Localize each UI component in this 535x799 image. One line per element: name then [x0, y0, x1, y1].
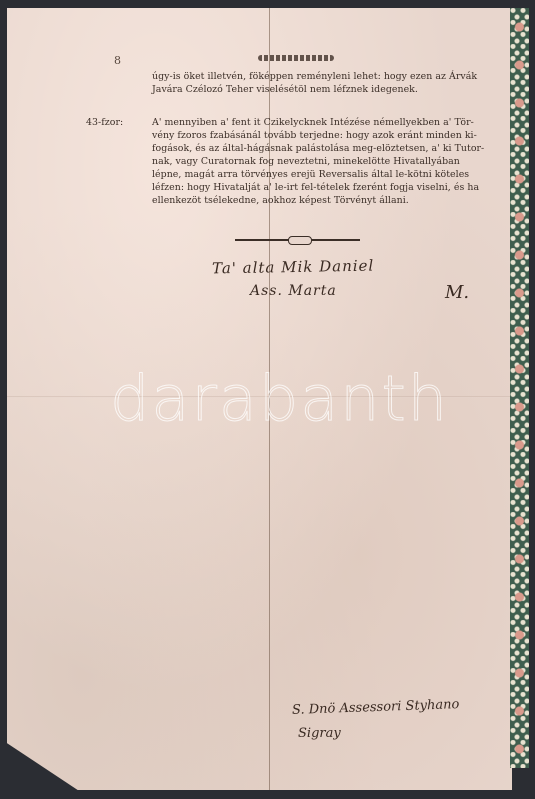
paragraph-1: úgy-is öket illetvén, föképpen reménylen…: [152, 70, 504, 96]
text-line: A' mennyiben a' fent it Czikelycknek Int…: [152, 117, 474, 128]
text-line: úgy-is öket illetvén, föképpen reménylen…: [152, 70, 504, 83]
divider-ornament: [288, 236, 312, 245]
article-label: 43-fzor:: [86, 116, 152, 129]
header-ornament: [258, 55, 334, 61]
text-line: nak, vagy Curatornak fog neveztetni, min…: [86, 155, 506, 168]
handwritten-signature-line-1: Ta' alta Mik Daniel: [212, 257, 375, 278]
text-line: lépne, magát arra törvényes erejü Revers…: [86, 168, 506, 181]
text-line: vény fzoros fzabásánál tovább terjedne: …: [86, 129, 506, 142]
text-line: fogások, és az által-hágásnak palástolás…: [86, 142, 506, 155]
decorative-floral-border: [510, 8, 529, 768]
page-number: 8: [114, 54, 121, 67]
text-line: léfzen: hogy Hivatalját a' le-irt fel-té…: [86, 181, 506, 194]
text-line: ellenkezöt tsélekedne, aokhoz képest Tör…: [86, 194, 506, 207]
signature-flourish: M.: [445, 282, 469, 303]
handwritten-note-line-2: Sigray: [298, 726, 341, 741]
text-line: Javára Czélozó Teher viselésétöl nem léf…: [152, 83, 504, 96]
watermark: darabanth: [110, 362, 449, 435]
paragraph-43: 43-fzor:A' mennyiben a' fent it Czikelyc…: [86, 116, 506, 207]
handwritten-signature-line-2: Ass. Marta: [250, 283, 337, 299]
